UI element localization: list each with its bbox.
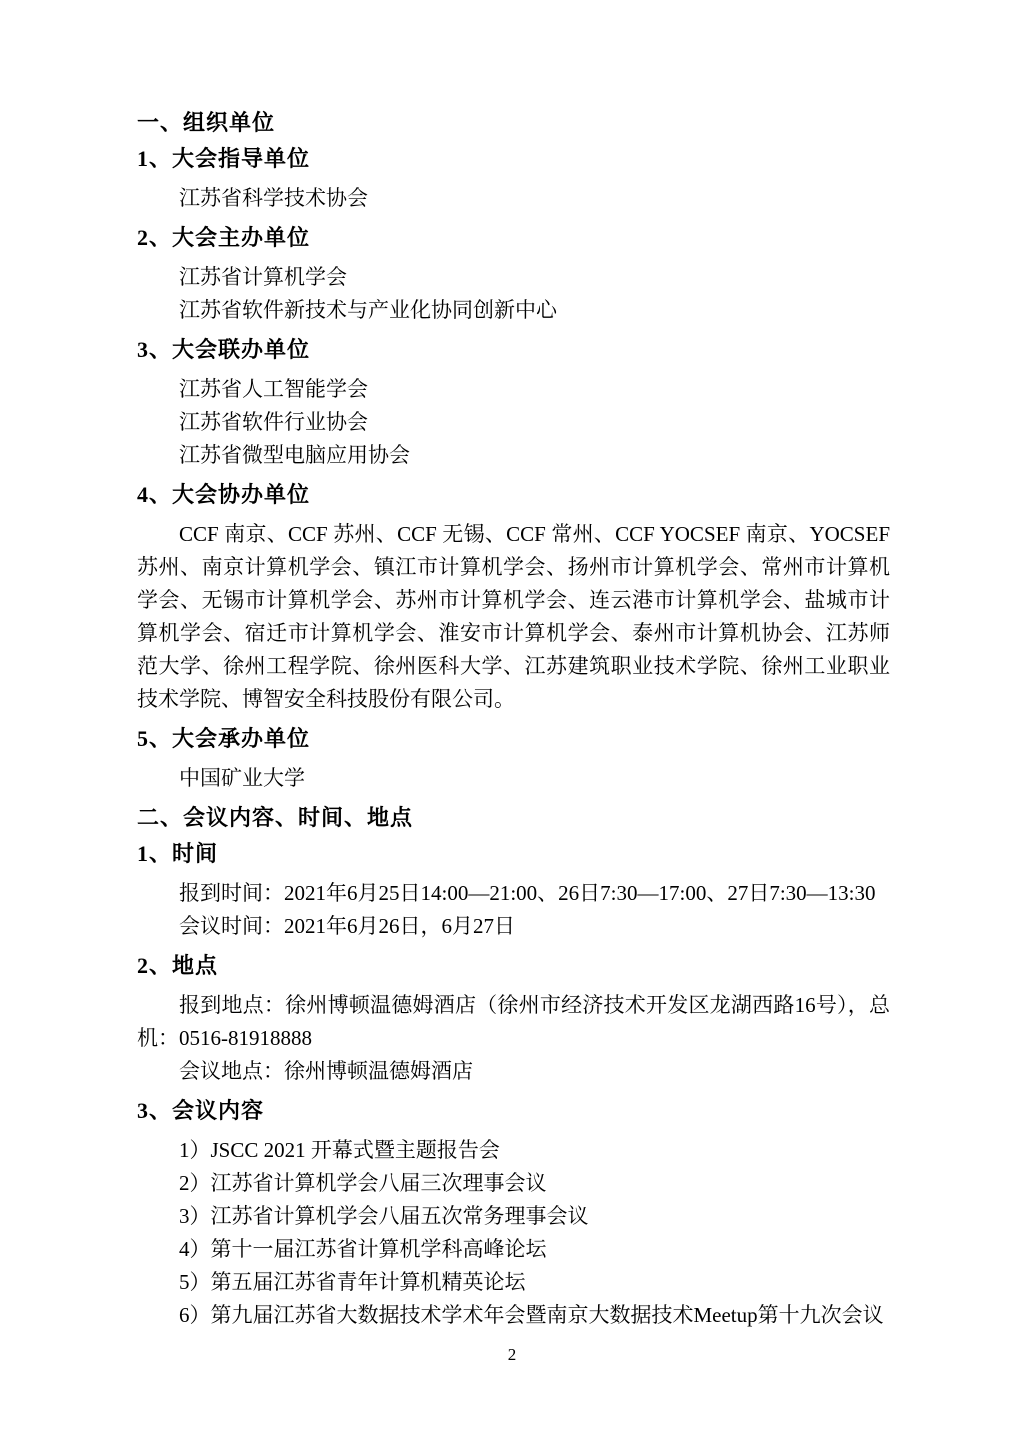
subsection-heading-place: 2、地点 [137,953,890,979]
agenda-list: 1）JSCC 2021 开幕式暨主题报告会 2）江苏省计算机学会八届三次理事会议… [137,1134,890,1332]
body-line-meeting-time: 会议时间：2021年6月26日，6月27日 [137,910,890,943]
document-content: 一、组织单位 1、大会指导单位 江苏省科学技术协会 2、大会主办单位 江苏省计算… [137,110,890,1332]
body-line: 江苏省软件新技术与产业化协同创新中心 [137,294,890,327]
list-item: 2）江苏省计算机学会八届三次理事会议 [137,1167,890,1200]
body-line-checkin-time: 报到时间：2021年6月25日14:00—21:00、26日7:30—17:00… [137,877,890,910]
list-item: 5）第五届江苏省青年计算机精英论坛 [137,1266,890,1299]
subsection-heading-time: 1、时间 [137,841,890,867]
body-line: 江苏省人工智能学会 [137,373,890,406]
subsection-heading-guidance-unit: 1、大会指导单位 [137,146,890,172]
section-heading-content-time-place: 二、会议内容、时间、地点 [137,805,890,831]
list-item: 1）JSCC 2021 开幕式暨主题报告会 [137,1134,890,1167]
body-line: 江苏省计算机学会 [137,261,890,294]
subsection-heading-joint-unit: 3、大会联办单位 [137,337,890,363]
page-number: 2 [0,1345,1024,1365]
subsection-heading-undertaking-unit: 5、大会承办单位 [137,726,890,752]
list-item: 6）第九届江苏省大数据技术学术年会暨南京大数据技术Meetup第十九次会议 [137,1299,890,1332]
body-line: 江苏省软件行业协会 [137,406,890,439]
subsection-heading-host-unit: 2、大会主办单位 [137,225,890,251]
body-line: 江苏省微型电脑应用协会 [137,439,890,472]
list-item: 4）第十一届江苏省计算机学科高峰论坛 [137,1233,890,1266]
body-line-meeting-place: 会议地点：徐州博顿温德姆酒店 [137,1055,890,1088]
paragraph-coorganizers: CCF 南京、CCF 苏州、CCF 无锡、CCF 常州、CCF YOCSEF 南… [137,518,890,716]
body-line: 江苏省科学技术协会 [137,182,890,215]
list-item: 3）江苏省计算机学会八届五次常务理事会议 [137,1200,890,1233]
subsection-heading-agenda: 3、会议内容 [137,1098,890,1124]
body-line: 中国矿业大学 [137,762,890,795]
paragraph-checkin-place: 报到地点：徐州博顿温德姆酒店（徐州市经济技术开发区龙湖西路16号），总机：051… [137,989,890,1055]
section-heading-organizers: 一、组织单位 [137,110,890,136]
document-page: 一、组织单位 1、大会指导单位 江苏省科学技术协会 2、大会主办单位 江苏省计算… [0,0,1024,1448]
subsection-heading-coorganizer-unit: 4、大会协办单位 [137,482,890,508]
